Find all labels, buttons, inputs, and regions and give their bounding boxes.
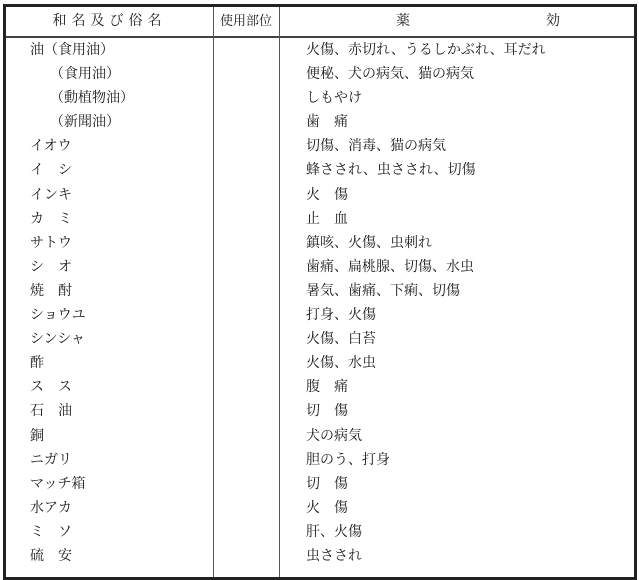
cell-part (214, 110, 279, 134)
cell-effect: 打身、火傷 (306, 303, 376, 327)
table-body: 油（食用油）火傷、赤切れ、うるしかぶれ、耳だれ（食用油）便秘、犬の病気、猫の病気… (6, 38, 634, 568)
cell-part (214, 231, 279, 255)
header-name: 和名及び俗名 (6, 7, 213, 36)
cell-name: マッチ箱 (30, 472, 85, 496)
cell-name: 石 油 (30, 399, 72, 423)
cell-part (214, 62, 279, 86)
cell-name: サトウ (30, 231, 72, 255)
cell-name: 焼 酎 (30, 279, 72, 303)
cell-effect: 火傷、水虫 (306, 351, 376, 375)
cell-name: カ ミ (30, 207, 72, 231)
cell-effect: 歯 痛 (306, 110, 348, 134)
cell-part (214, 327, 279, 351)
cell-name: シンシャ (30, 327, 85, 351)
table-row: （動植物油）しもやけ (6, 86, 634, 110)
cell-name: イオウ (30, 134, 72, 158)
cell-name: ミ ソ (30, 520, 72, 544)
cell-part (214, 279, 279, 303)
cell-effect: 暑気、歯痛、下痢、切傷 (306, 279, 460, 303)
table-row: 酢火傷、水虫 (6, 351, 634, 375)
table-row: （新聞油）歯 痛 (6, 110, 634, 134)
table-row: 油（食用油）火傷、赤切れ、うるしかぶれ、耳だれ (6, 38, 634, 62)
cell-part (214, 399, 279, 423)
cell-effect: 切傷、消毒、猫の病気 (306, 134, 446, 158)
cell-name: 油（食用油） (30, 38, 114, 62)
table-row: シンシャ火傷、白苔 (6, 327, 634, 351)
cell-name: ニガリ (30, 448, 72, 472)
cell-name: （新聞油） (50, 110, 120, 134)
cell-name: 水アカ (30, 496, 72, 520)
cell-name: （食用油） (50, 62, 120, 86)
table-row: 焼 酎暑気、歯痛、下痢、切傷 (6, 279, 634, 303)
table-row: イ シ蜂さされ、虫さされ、切傷 (6, 158, 634, 182)
cell-part (214, 351, 279, 375)
table-row: シ オ歯痛、扁桃腺、切傷、水虫 (6, 255, 634, 279)
cell-part (214, 158, 279, 182)
table-row: 水アカ火 傷 (6, 496, 634, 520)
cell-effect: 便秘、犬の病気、猫の病気 (306, 62, 474, 86)
cell-effect: 切 傷 (306, 472, 348, 496)
cell-part (214, 255, 279, 279)
cell-effect: 歯痛、扁桃腺、切傷、水虫 (306, 255, 474, 279)
cell-effect: 虫さされ (306, 544, 362, 568)
cell-part (214, 520, 279, 544)
header-effect-1: 薬 (396, 7, 410, 36)
cell-effect: 火傷、赤切れ、うるしかぶれ、耳だれ (306, 38, 546, 62)
cell-part (214, 86, 279, 110)
cell-name: （動植物油） (50, 86, 134, 110)
table-row: インキ火 傷 (6, 183, 634, 207)
cell-effect: 犬の病気 (306, 424, 362, 448)
cell-name: ショウユ (30, 303, 86, 327)
table-row: ス ス腹 痛 (6, 375, 634, 399)
cell-name: 銅 (30, 424, 44, 448)
cell-name: 硫 安 (30, 544, 72, 568)
table-row: ニガリ胆のう、打身 (6, 448, 634, 472)
cell-name: 酢 (30, 351, 44, 375)
cell-name: シ オ (30, 255, 72, 279)
cell-part (214, 448, 279, 472)
cell-part (214, 134, 279, 158)
table-row: サトウ鎮咳、火傷、虫刺れ (6, 231, 634, 255)
cell-part (214, 183, 279, 207)
cell-effect: 蜂さされ、虫さされ、切傷 (306, 158, 476, 182)
cell-effect: 火 傷 (306, 183, 348, 207)
cell-part (214, 303, 279, 327)
table-row: （食用油）便秘、犬の病気、猫の病気 (6, 62, 634, 86)
cell-effect: 鎮咳、火傷、虫刺れ (306, 231, 432, 255)
table-row: 石 油切 傷 (6, 399, 634, 423)
cell-effect: 肝、火傷 (306, 520, 362, 544)
cell-part (214, 496, 279, 520)
cell-part (214, 424, 279, 448)
cell-name: イ シ (30, 158, 72, 182)
cell-effect: しもやけ (306, 86, 362, 110)
cell-part (214, 375, 279, 399)
table-row: ショウユ打身、火傷 (6, 303, 634, 327)
cell-effect: 腹 痛 (306, 375, 348, 399)
table-row: 硫 安虫さされ (6, 544, 634, 568)
table-row: マッチ箱切 傷 (6, 472, 634, 496)
cell-name: ス ス (30, 375, 72, 399)
table-row: カ ミ止 血 (6, 207, 634, 231)
cell-part (214, 544, 279, 568)
cell-effect: 胆のう、打身 (306, 448, 390, 472)
cell-effect: 止 血 (306, 207, 348, 231)
header-effect-2: 効 (546, 7, 560, 36)
cell-effect: 火傷、白苔 (306, 327, 376, 351)
cell-effect: 火 傷 (306, 496, 348, 520)
cell-part (214, 472, 279, 496)
table-row: ミ ソ肝、火傷 (6, 520, 634, 544)
cell-part (214, 38, 279, 62)
cell-name: インキ (30, 183, 72, 207)
cell-effect: 切 傷 (306, 399, 348, 423)
cell-part (214, 207, 279, 231)
table-header: 和名及び俗名 使用部位 薬 効 (6, 7, 634, 38)
table-row: 銅犬の病気 (6, 424, 634, 448)
table-row: イオウ切傷、消毒、猫の病気 (6, 134, 634, 158)
header-part: 使用部位 (213, 7, 279, 36)
remedy-table: 和名及び俗名 使用部位 薬 効 油（食用油）火傷、赤切れ、うるしかぶれ、耳だれ（… (3, 4, 637, 580)
